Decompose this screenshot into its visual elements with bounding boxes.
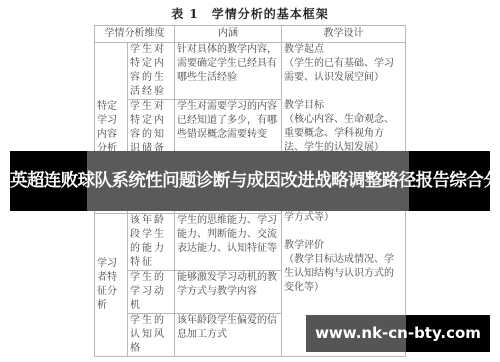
header-meaning: 内涵 (175, 26, 282, 43)
sub-dimension-cell: 学生的认知风格 (128, 314, 175, 357)
sub-dimension-cell: 该年龄段学生的能力特征 (128, 214, 175, 271)
design-detail: （学生的已有基础、学习需要、认识发展空间） (284, 57, 403, 85)
sub-dimension-cell: 学生对特定内容的知识储备 (128, 100, 175, 157)
design-block: 教学评价 （教学目标达成情况、学生认知结构与认识方式的变化等） (284, 239, 403, 295)
design-heading: 教学起点 (284, 43, 403, 57)
headline-banner-text: 英超连败球队系统性问题诊断与成因改进战略调整路径报告综合分析 (10, 151, 490, 211)
design-detail: （核心内容、生命观念、重要概念、学科视角方法、学生的认知发展） (284, 113, 403, 155)
sub-dimension-cell: 学生对特定内容的生活经验 (128, 43, 175, 100)
sub-dimension-cell: 学生的学习动机 (128, 271, 175, 314)
design-block: 教学目标 （核心内容、生命观念、重要概念、学科视角方法、学生的认知发展） (284, 99, 403, 155)
table-title: 表 1 学情分析的基本框架 (0, 5, 500, 22)
header-design: 教学设计 (282, 26, 406, 43)
design-block: 教学起点 （学生的已有基础、学习需要、认识发展空间） (284, 43, 403, 85)
design-detail: （教学目标达成情况、学生认知结构与认识方式的变化等） (284, 253, 403, 295)
dimension-cell: 学习者特征分析 (95, 214, 128, 357)
watermark-text: www.nk-cn-bty.com (306, 315, 490, 352)
design-heading: 教学评价 (284, 239, 403, 253)
meaning-cell: 能够激发学习动机的教学方式与教学内容 (175, 271, 282, 314)
table-row: 特定学习内容分析 学生对特定内容的生活经验 针对具体的教学内容，需要确定学生已经… (95, 43, 406, 100)
design-heading: 教学目标 (284, 99, 403, 113)
table-header-row: 学情分析维度 内涵 教学设计 (95, 26, 406, 43)
meaning-cell: 该年龄段学生偏爱的信息加工方式 (175, 314, 282, 357)
meaning-cell: 针对具体的教学内容，需要确定学生已经具有哪些生活经验 (175, 43, 282, 100)
header-dimension: 学情分析维度 (95, 26, 175, 43)
meaning-cell: 学生的思维能力、学习能力、判断能力、交流表达能力、认知特征等 (175, 214, 282, 271)
meaning-cell: 学生对需要学习的内容已经知道了多少，有哪些错误概念需要转变 (175, 100, 282, 157)
